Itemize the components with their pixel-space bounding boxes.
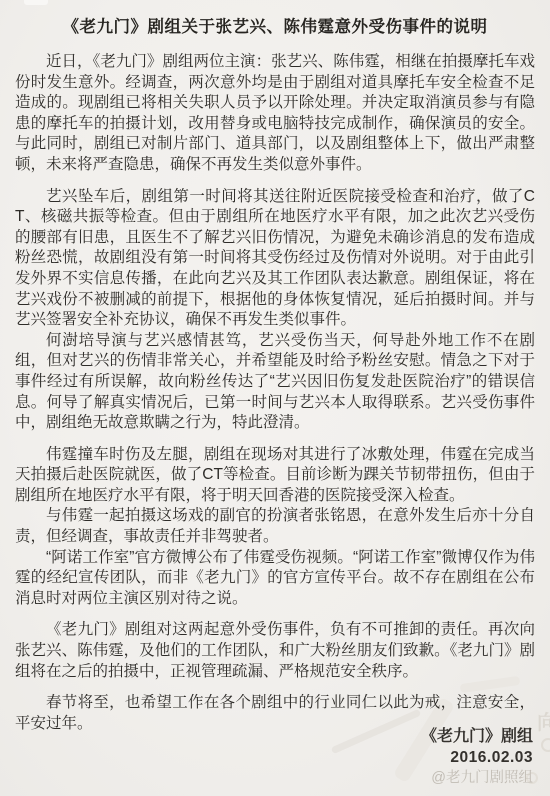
- signature-block: 《老九门》剧组 2016.02.03 @老九门剧照组: [421, 726, 533, 788]
- paragraph-costar-statement: 与伟霆一起拍摄这场戏的副官的扮演者张铭恩，在意外发生后亦十分自责，但经调查，事故…: [15, 506, 535, 547]
- top-edge-artifact: [24, 0, 48, 5]
- paragraph-studio-weibo-clarification: “阿诺工作室”官方微博公布了伟霆受伤视频。“阿诺工作室”微博仅作为伟霆的经纪宣传…: [15, 548, 535, 610]
- document-body: 《老九门》剧组关于张艺兴、陈伟霆意外受伤事件的说明 近日，《老九门》剧组两位主演…: [15, 13, 535, 734]
- signature-text: 《老九门》剧组: [421, 726, 533, 747]
- paragraph-director-clarification: 何澍培导演与艺兴感情甚笃，艺兴受伤当天，何导赴外地工作不在剧组，但对艺兴的伤情非…: [15, 331, 535, 434]
- paragraph-incident-overview: 近日，《老九门》剧组两位主演：张艺兴、陈伟霆，相继在拍摄摩托车戏份时发生意外。经…: [15, 52, 535, 176]
- watermark-handle-text: @老九门剧照组: [421, 768, 533, 788]
- paragraph-yixing-treatment: 艺兴坠车后，剧组第一时间将其送往附近医院接受检查和治疗，做了CT、核磁共振等检查…: [15, 187, 535, 331]
- watermark-circle-icon: [541, 738, 550, 752]
- document-page: 《老九门》剧组关于张艺兴、陈伟霆意外受伤事件的说明 近日，《老九门》剧组两位主演…: [0, 0, 550, 796]
- paragraph-apology: 《老九门》剧组对这两起意外受伤事件，负有不可推卸的责任。再次向张艺兴、陈伟霆，及…: [15, 620, 535, 682]
- document-title: 《老九门》剧组关于张艺兴、陈伟霆意外受伤事件的说明: [15, 13, 535, 37]
- signature-date: 2016.02.03: [421, 747, 533, 768]
- paragraph-weiting-treatment: 伟霆撞车时伤及左腿，剧组在现场对其进行了冰敷处理，伟霆在完成当天拍摄后赴医院就医…: [15, 445, 535, 507]
- watermark-fragment-glyph: 向: [537, 706, 550, 735]
